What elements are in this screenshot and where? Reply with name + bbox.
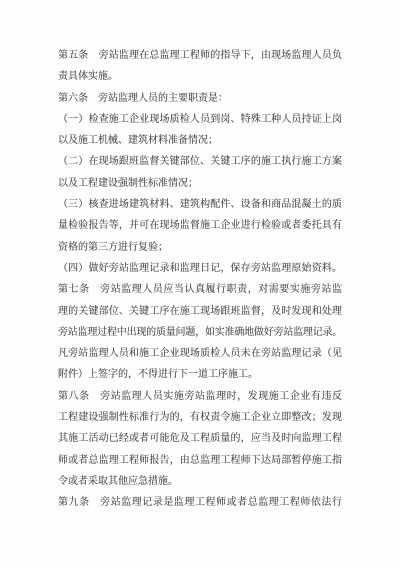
document-line: 令或者采取其他应急措施。 <box>58 471 342 492</box>
document-text: 第五条 旁站监理在总监理工程师的指导下，由现场监理人员负 责具体实施。 第六条 … <box>58 45 342 514</box>
document-line: 量检验报告等，并可在现场监督施工企业进行检验或者委托具有 <box>58 215 342 236</box>
document-line: 第五条 旁站监理在总监理工程师的指导下，由现场监理人员负 <box>58 45 342 66</box>
document-line: 凡旁站监理人员和施工企业现场质检人员未在旁站监理记录（见 <box>58 343 342 364</box>
document-line: 资格的第三方进行复验； <box>58 237 342 258</box>
document-line: 第八条 旁站监理人员实施旁站监理时，发现施工企业有违反 <box>58 386 342 407</box>
document-line: 理的关键部位、关键工序在施工现场跟班监督，及时发现和处理 <box>58 301 342 322</box>
document-line: （四）做好旁站监理记录和监理日记，保存旁站监理原始资料。 <box>58 258 342 279</box>
document-line: 师或者总监理工程师报告，由总监理工程师下达局部暂停施工指 <box>58 450 342 471</box>
document-line: 第九条 旁站监理记录是监理工程师或者总监理工程师依法行 <box>58 492 342 513</box>
document-line: 旁站监理过程中出现的质量问题，如实准确地做好旁站监理记录。 <box>58 322 342 343</box>
document-page: 第五条 旁站监理在总监理工程师的指导下，由现场监理人员负 责具体实施。 第六条 … <box>0 0 400 566</box>
document-line: 其施工活动已经或者可能危及工程质量的，应当及时向监理工程 <box>58 428 342 449</box>
document-line: （一）检查施工企业现场质检人员到岗、特殊工种人员持证上岗 <box>58 109 342 130</box>
document-line: 附件）上签字的，不得进行下一道工序施工。 <box>58 364 342 385</box>
document-line: 以及施工机械、建筑材料准备情况； <box>58 130 342 151</box>
document-line: 以及工程建设强制性标准情况； <box>58 173 342 194</box>
document-line: 工程建设强制性标准行为的，有权责令施工企业立即整改；发现 <box>58 407 342 428</box>
document-line: （二）在现场跟班监督关键部位、关键工序的施工执行施工方案 <box>58 151 342 172</box>
document-line: 责具体实施。 <box>58 66 342 87</box>
document-line: 第六条 旁站监理人员的主要职责是： <box>58 88 342 109</box>
document-line: （三）核查进场建筑材料、建筑构配件、设备和商品混凝土的质 <box>58 194 342 215</box>
document-line: 第七条 旁站监理人员应当认真履行职责，对需要实施旁站监 <box>58 279 342 300</box>
